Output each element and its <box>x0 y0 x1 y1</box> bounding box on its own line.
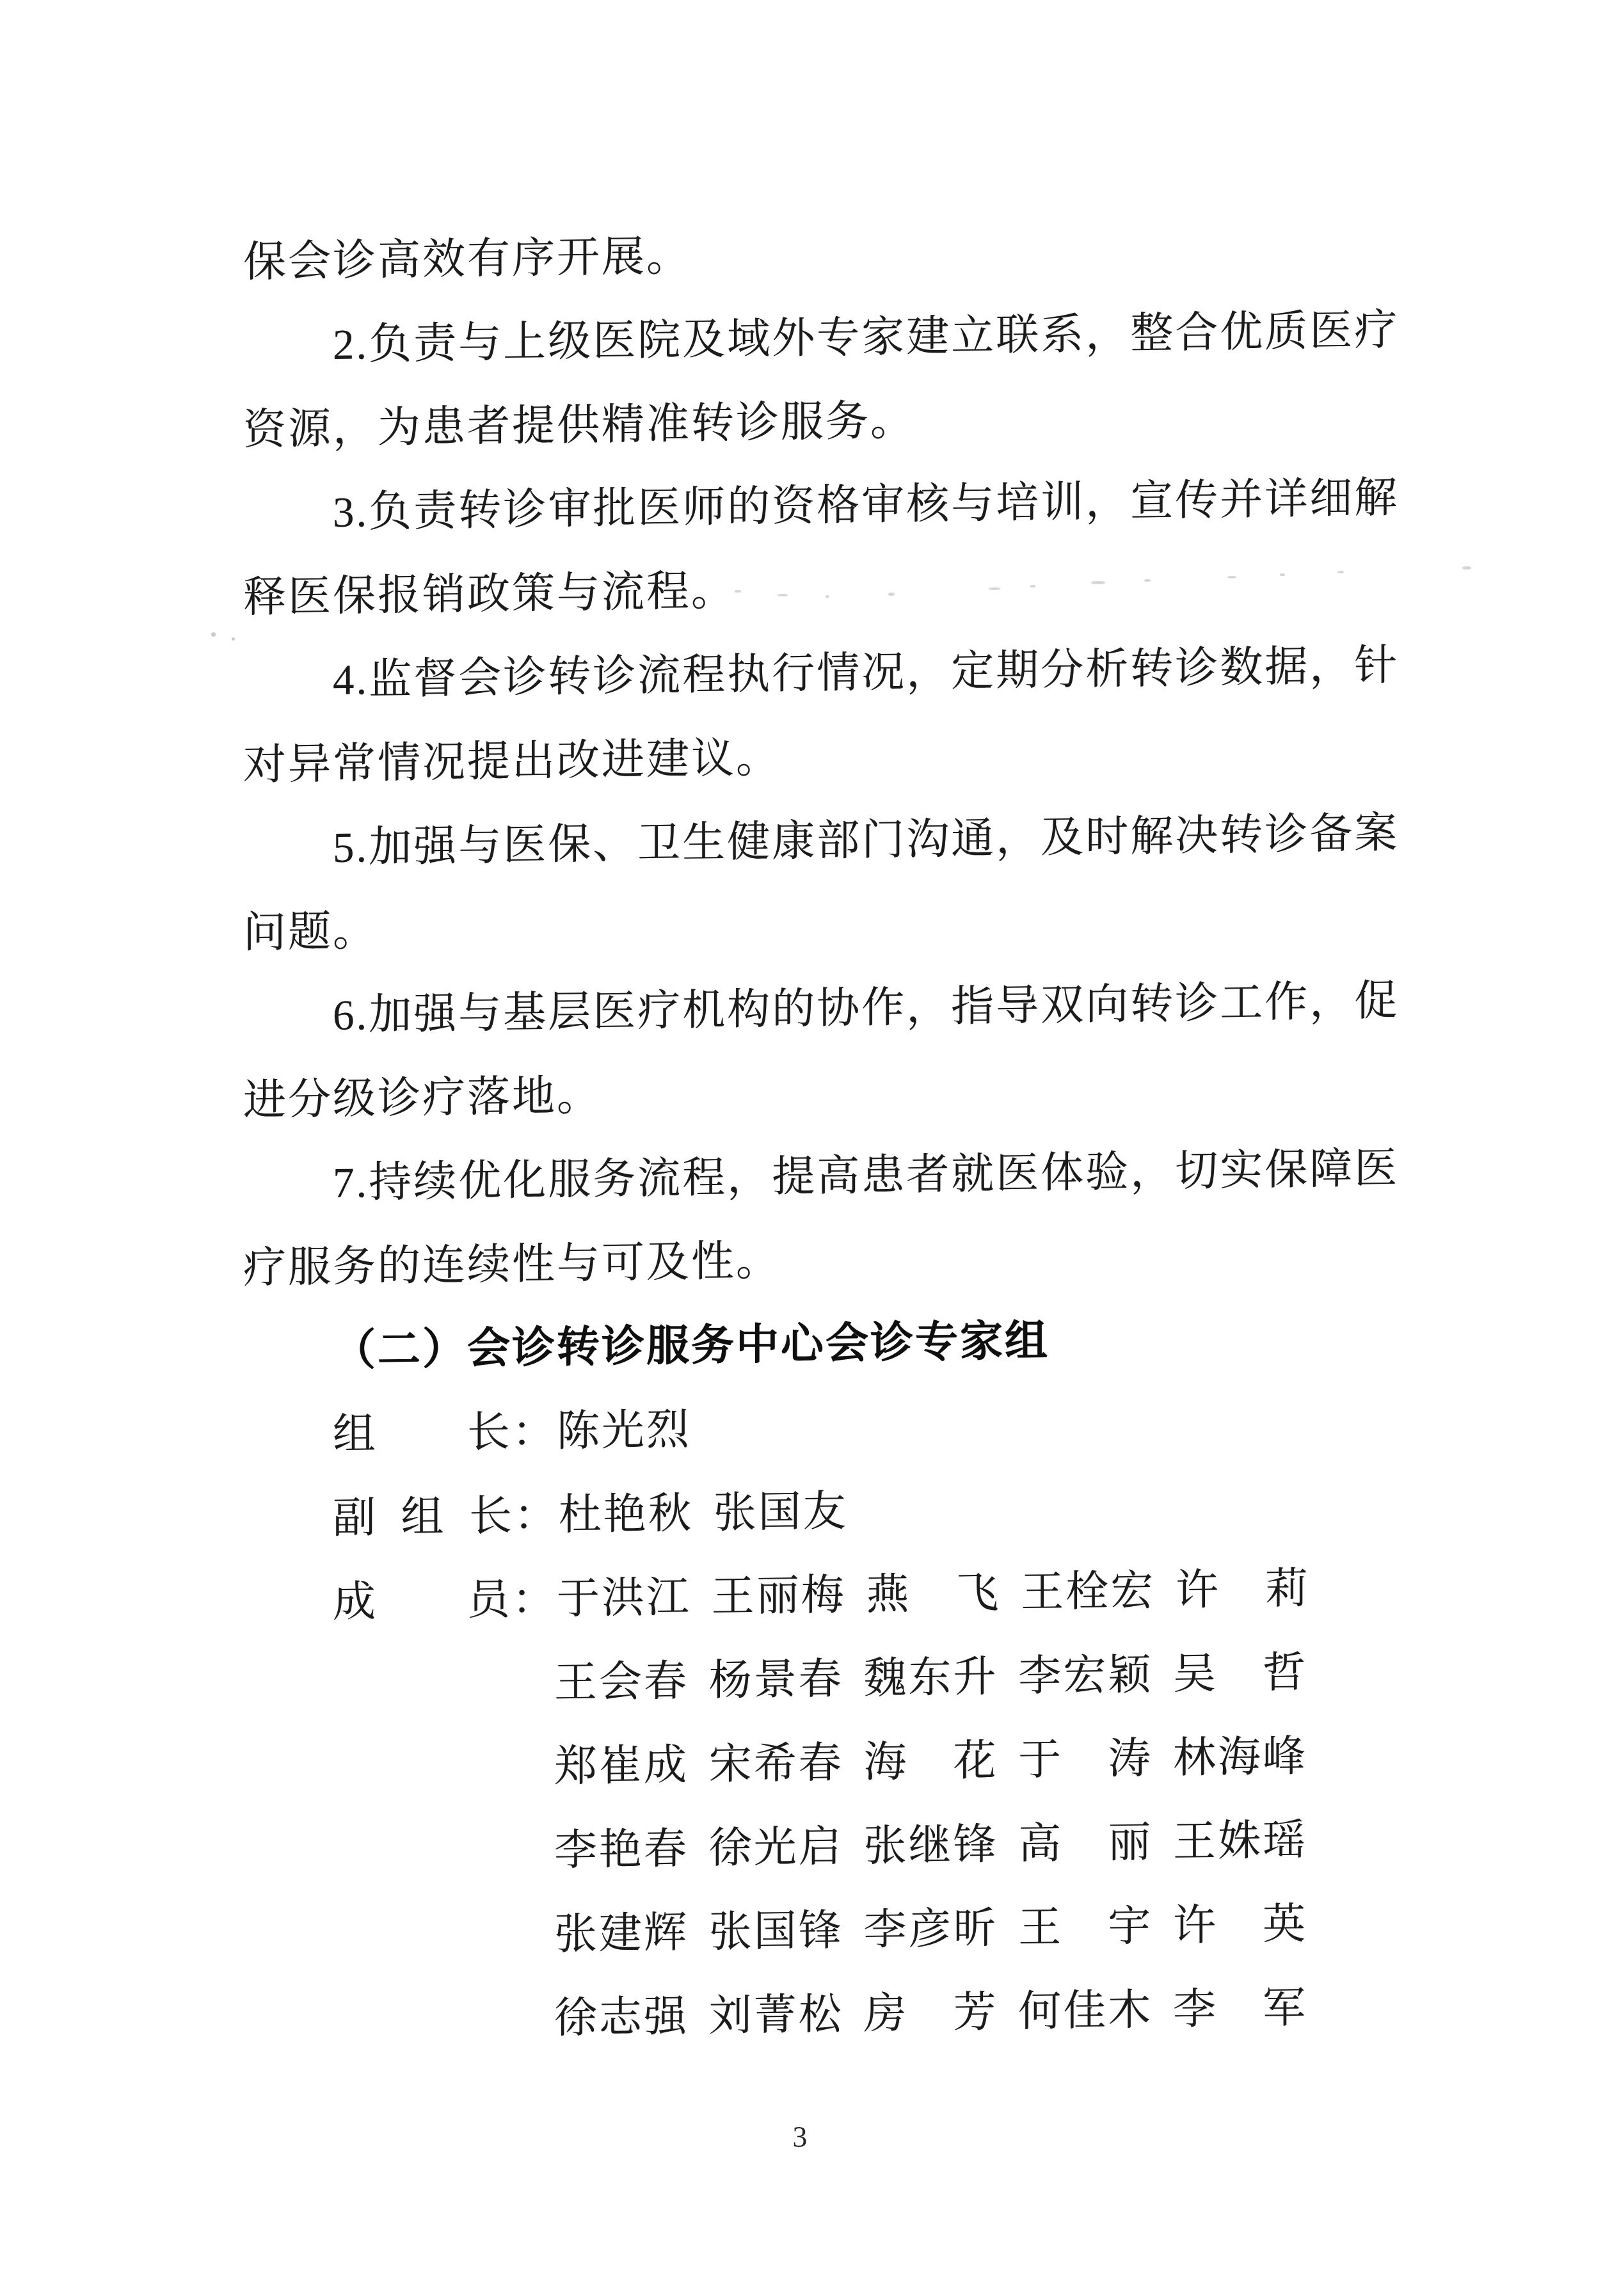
scan-artifact <box>989 587 1000 590</box>
scan-artifact <box>1337 571 1344 573</box>
paragraph-line: 对异常情况提出改进建议。 <box>243 706 1459 808</box>
members-continuation-line: 王会春 杨景春 魏东升 李宏颖 吴 哲 <box>243 1629 1459 1730</box>
paragraph-line: 4.监督会诊转诊流程执行情况，定期分析转诊数据，针 <box>243 623 1459 724</box>
paragraph-line: 7.持续优化服务流程，提高患者就医体验，切实保障医 <box>243 1126 1459 1227</box>
scan-artifact <box>1280 573 1285 576</box>
scan-artifact <box>1227 576 1236 578</box>
deputy-leader-line: 副 组 长：杜艳秋 张国友 <box>243 1461 1459 1562</box>
section-heading: （二）会诊转诊服务中心会诊专家组 <box>243 1293 1459 1394</box>
scan-artifact <box>211 632 216 637</box>
paragraph-line: 2.负责与上级医院及域外专家建立联系，整合优质医疗 <box>243 287 1459 388</box>
paragraph-line: 3.负责转诊审批医师的资格审核与培训，宣传并详细解 <box>243 455 1459 556</box>
page-number: 3 <box>762 2118 838 2156</box>
scan-artifact <box>1030 585 1035 587</box>
paragraph-line: 资源，为患者提供精准转诊服务。 <box>243 371 1459 472</box>
members-line: 成 员：于洪江 王丽梅 燕 飞 王栓宏 许 莉 <box>243 1545 1459 1646</box>
scan-artifact <box>232 637 235 641</box>
scan-artifact <box>1144 579 1151 582</box>
scan-artifact <box>735 590 741 593</box>
members-continuation-line: 李艳春 徐光启 张继锋 高 丽 王姝瑶 <box>243 1796 1459 1897</box>
paragraph-line: 进分级诊疗落地。 <box>243 1042 1459 1143</box>
scan-artifact <box>1091 581 1105 584</box>
group-leader-line: 组 长：陈光烈 <box>243 1377 1459 1478</box>
paragraph-line: 疗服务的连续性与可及性。 <box>243 1209 1459 1311</box>
paragraph-line: 保会诊高效有序开展。 <box>243 203 1459 305</box>
scan-artifact <box>888 593 895 596</box>
members-continuation-line: 徐志强 刘菁松 房 芳 何佳木 李 军 <box>243 1964 1459 2065</box>
paragraph-line: 问题。 <box>243 874 1459 975</box>
document-body: 保会诊高效有序开展。 2.负责与上级医院及域外专家建立联系，整合优质医疗 资源，… <box>243 203 1459 2065</box>
members-continuation-line: 郑崔成 宋希春 海 花 于 涛 林海峰 <box>243 1712 1459 1814</box>
scan-artifact <box>826 595 829 598</box>
paragraph-line: 5.加强与医保、卫生健康部门沟通，及时解决转诊备案 <box>243 790 1459 891</box>
members-continuation-line: 张建辉 张国锋 李彦昕 王 宇 许 英 <box>243 1880 1459 1981</box>
scanned-document-page: 保会诊高效有序开展。 2.负责与上级医院及域外专家建立联系，整合优质医疗 资源，… <box>0 0 1612 2296</box>
scan-artifact <box>1462 566 1471 570</box>
paragraph-line: 6.加强与基层医疗机构的协作，指导双向转诊工作，促 <box>243 958 1459 1059</box>
scan-artifact <box>778 594 788 596</box>
paragraph-line: 释医保报销政策与流程。 <box>243 539 1459 640</box>
